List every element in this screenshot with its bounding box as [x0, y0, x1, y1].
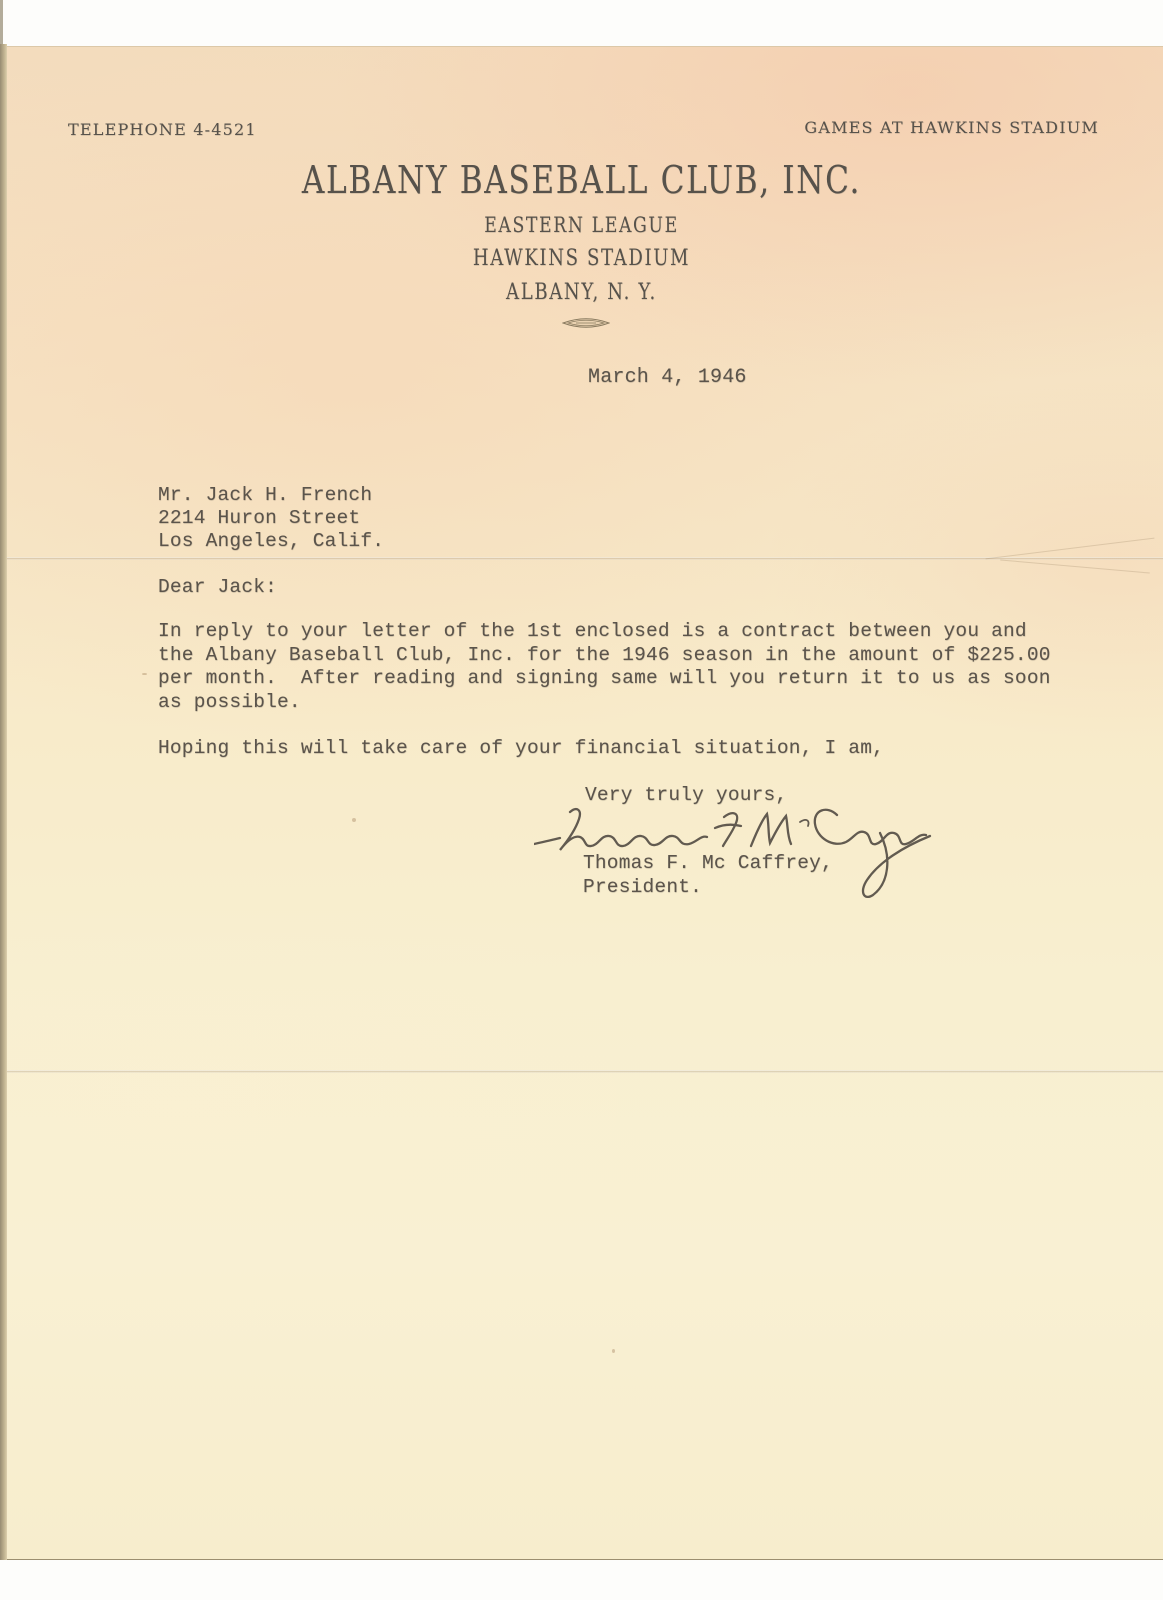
handwritten-signature: Thomas F. McCaffrey — [534, 800, 934, 905]
salutation: Dear Jack: — [158, 576, 277, 600]
body-paragraph-1-line-4: as possible. — [158, 691, 301, 715]
letterhead-city: ALBANY, N. Y. — [105, 280, 1059, 305]
letterhead-stadium: HAWKINS STADIUM — [105, 246, 1059, 271]
body-paragraph-1-line-3: per month. After reading and signing sam… — [158, 667, 1051, 691]
paper-speck — [352, 818, 356, 822]
letterhead-telephone: TELEPHONE 4-4521 — [68, 120, 257, 139]
lens-ornament-icon — [562, 316, 610, 330]
body-paragraph-1-line-2: the Albany Baseball Club, Inc. for the 1… — [158, 644, 1051, 668]
letterhead-games-note: GAMES AT HAWKINS STADIUM — [804, 118, 1099, 137]
scanned-letter-page: TELEPHONE 4-4521 GAMES AT HAWKINS STADIU… — [0, 0, 1163, 1600]
fold-crease-lower — [7, 1070, 1163, 1073]
letter-date: March 4, 1946 — [588, 366, 747, 390]
recipient-name: Mr. Jack H. French — [158, 484, 372, 508]
recipient-city: Los Angeles, Calif. — [158, 530, 384, 554]
body-paragraph-2: Hoping this will take care of your finan… — [158, 737, 884, 761]
recipient-street: 2214 Huron Street — [158, 507, 360, 531]
letterhead-league: EASTERN LEAGUE — [105, 213, 1059, 237]
body-paragraph-1-line-1: In reply to your letter of the 1st enclo… — [158, 620, 1027, 644]
paper-speck — [612, 1349, 615, 1353]
paper-left-edge-shadow — [0, 44, 7, 1560]
scan-edge-sliver — [0, 0, 3, 46]
letterhead-club-name: ALBANY BASEBALL CLUB, INC. — [105, 158, 1059, 202]
paper-speck — [142, 673, 147, 675]
